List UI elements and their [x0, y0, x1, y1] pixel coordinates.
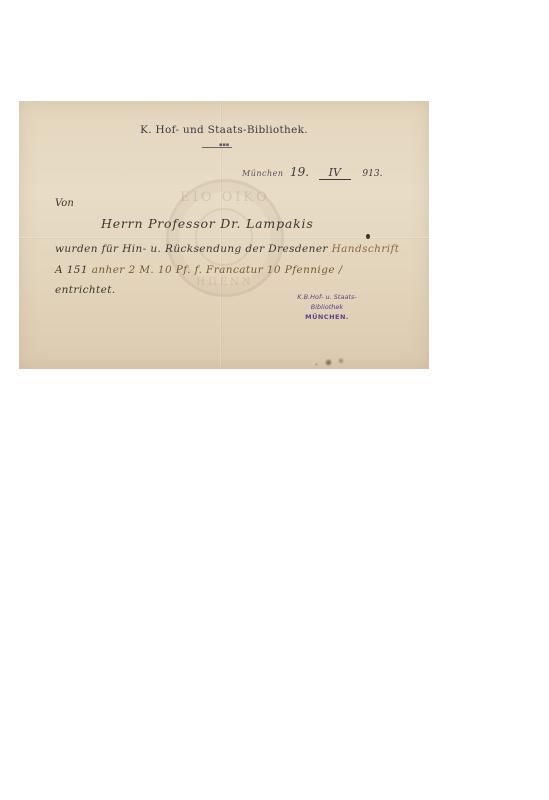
- body-line-2-text: A 151: [55, 264, 92, 276]
- body-line-3-text: entrichtet.: [55, 284, 116, 296]
- library-stamp: K.B.Hof- u. Staats- Bibliothek MÜNCHEN.: [291, 292, 363, 322]
- seal-top-text: ΕΙΟ ΟΙΚΟ: [169, 190, 281, 205]
- stain-spot: [315, 363, 318, 366]
- stamp-line-1: K.B.Hof- u. Staats-: [291, 292, 363, 302]
- body-line-2-brown: anher 2 M. 10 Pf. f. Francatur 10 Pfenni…: [92, 264, 343, 276]
- body-line-3: entrichtet.: [55, 284, 116, 296]
- place-date-line: München 19. IV 913.: [242, 165, 382, 180]
- date-month: IV: [319, 166, 351, 180]
- place: München: [242, 169, 284, 178]
- body-line-2: A 151 anher 2 M. 10 Pf. f. Francatur 10 …: [55, 264, 343, 276]
- body-line-1: wurden für Hin- u. Rücksendung der Dresd…: [55, 243, 399, 255]
- date-day: 19.: [290, 165, 309, 179]
- divider-mark: ▪▪▪: [219, 142, 229, 148]
- seal-bottom-text: ΗΠΕΝΝ: [169, 277, 281, 288]
- salutation: Von: [55, 198, 74, 209]
- stamp-line-2: Bibliothek: [291, 302, 363, 312]
- receipt-document: ΕΙΟ ΟΙΚΟ ΗΠΕΝΝ K. Hof- und Staats-Biblio…: [19, 101, 429, 369]
- body-line-1-brown: Handschrift: [332, 243, 400, 255]
- stain-spot: [338, 358, 344, 364]
- date-year: 913.: [362, 169, 382, 179]
- stain-spot: [325, 359, 332, 366]
- stamp-line-3: MÜNCHEN.: [291, 312, 363, 322]
- ink-blot: [366, 234, 370, 239]
- body-line-1-text: wurden für Hin- u. Rücksendung der Dresd…: [55, 243, 332, 255]
- watermark-seal: ΕΙΟ ΟΙΚΟ ΗΠΕΝΝ: [166, 179, 284, 297]
- letterhead: K. Hof- und Staats-Bibliothek.: [19, 124, 429, 136]
- recipient-name: Herrn Professor Dr. Lampakis: [101, 216, 314, 231]
